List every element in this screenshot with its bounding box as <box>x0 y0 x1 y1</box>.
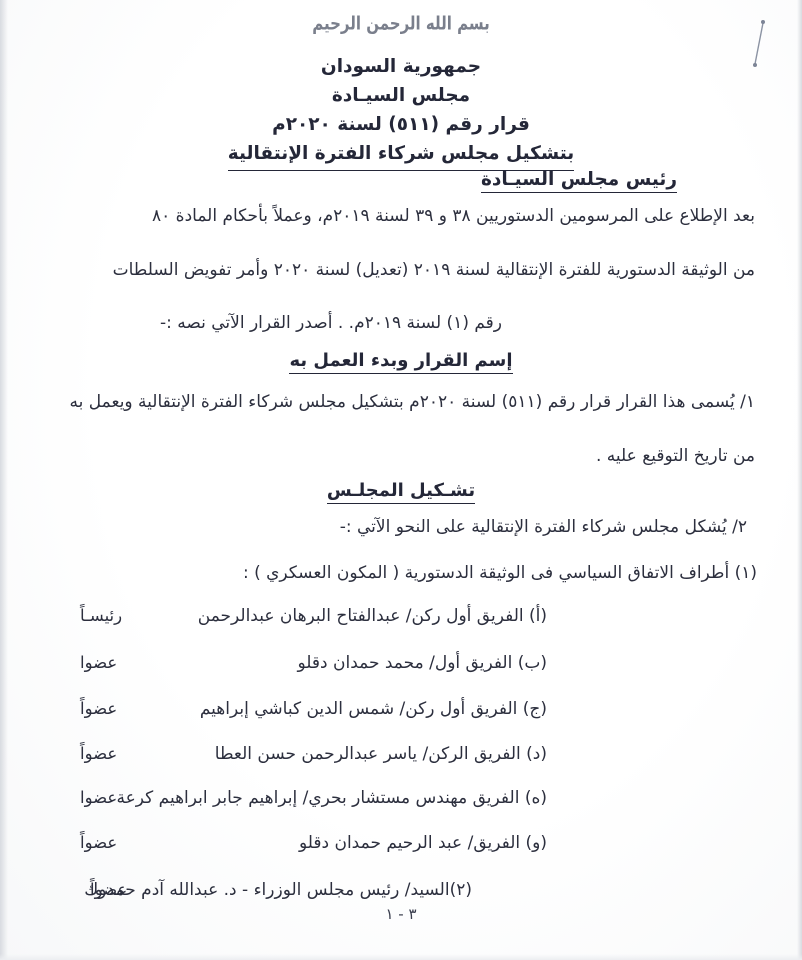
member-row: (أ) الفريق أول ركن/ عبدالفتاح البرهان عب… <box>0 606 802 636</box>
formation-clause-1: (١) أطراف الاتفاق السياسي فى الوثيقة الد… <box>40 563 757 583</box>
section-heading-decree-name: إسم القرار وبدء العمل به <box>0 350 802 374</box>
member-row: (د) الفريق الركن/ ياسر عبدالرحمن حسن الع… <box>0 744 802 774</box>
page-number: ٣ - ١ <box>0 905 802 923</box>
preamble-line-2: من الوثيقة الدستورية للفترة الإنتقالية ل… <box>40 260 755 280</box>
header-council: مجلس السيـادة <box>0 81 802 110</box>
header-country: جمهورية السودان <box>0 52 802 81</box>
member-row: (ه) الفريق مهندس مستشار بحري/ إبراهيم جا… <box>0 788 802 818</box>
formation-intro-line: ٢/ يُشكل مجلس شركاء الفترة الإنتقالية عل… <box>40 517 747 537</box>
member-role: عضواً <box>80 699 117 718</box>
document-header: جمهورية السودان مجلس السيـادة قرار رقم (… <box>0 52 802 171</box>
preamble-line-3: رقم (١) لسنة ٢٠١٩م. . أصدر القرار الآتي … <box>40 313 502 333</box>
member-role: عضوا <box>80 653 117 672</box>
member-role: عضواً <box>80 833 117 852</box>
scan-edge-bottom <box>0 954 802 960</box>
member-row: (ب) الفريق أول/ محمد حمدان دقلو عضوا <box>0 653 802 683</box>
header-decree-number: قرار رقم (٥١١) لسنة ٢٠٢٠م <box>0 110 802 139</box>
decree-name-line-1: ١/ يُسمى هذا القرار قرار رقم (٥١١) لسنة … <box>40 392 755 412</box>
member-role: عضواً <box>90 880 127 899</box>
header-subject: بتشكيل مجلس شركاء الفترة الإنتقالية <box>228 139 574 171</box>
section-heading-council-formation: تشـكيل المجلـس <box>0 480 802 504</box>
member-name: (ج) الفريق أول ركن/ شمس الدين كباشي إبرا… <box>200 699 547 719</box>
decree-name-line-2: من تاريخ التوقيع عليه . <box>40 446 755 466</box>
member-name: (٢)السيد/ رئيس مجلس الوزراء - د. عبدالله… <box>84 880 472 900</box>
preamble-line-1: بعد الإطلاع على المرسومين الدستوريين ٣٨ … <box>40 206 755 226</box>
scanned-decree-page: بسم الله الرحمن الرحيم جمهورية السودان م… <box>0 0 802 960</box>
member-name: (د) الفريق الركن/ ياسر عبدالرحمن حسن الع… <box>215 744 547 764</box>
member-name: (ه) الفريق مهندس مستشار بحري/ إبراهيم جا… <box>117 788 547 808</box>
member-role: رئيسـاً <box>80 606 122 625</box>
member-name: (ب) الفريق أول/ محمد حمدان دقلو <box>298 653 548 673</box>
issuer-title: رئيس مجلس السيـادة <box>481 169 677 193</box>
member-name: (و) الفريق/ عبد الرحيم حمدان دقلو <box>299 833 547 853</box>
member-role: عضوا <box>80 788 117 807</box>
member-row: (ج) الفريق أول ركن/ شمس الدين كباشي إبرا… <box>0 699 802 729</box>
member-row: (و) الفريق/ عبد الرحيم حمدان دقلو عضواً <box>0 833 802 863</box>
member-role: عضواً <box>80 744 117 763</box>
member-name: (أ) الفريق أول ركن/ عبدالفتاح البرهان عب… <box>198 606 547 626</box>
basmala-calligraphy: بسم الله الرحمن الرحيم <box>0 12 802 35</box>
